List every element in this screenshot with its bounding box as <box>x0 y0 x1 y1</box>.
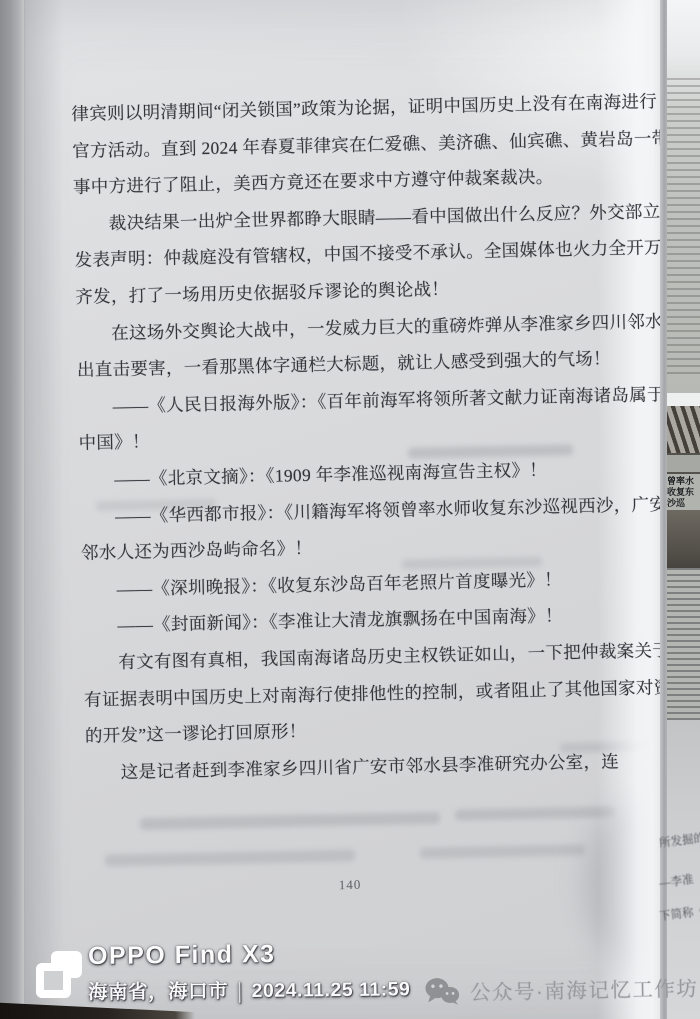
adjacent-microtext <box>667 78 700 378</box>
watermark-divider: | <box>237 978 243 1005</box>
newspaper-text-columns <box>667 568 700 720</box>
location-datetime-watermark: 海南省，海口市|2024.11.25 11:59 <box>88 973 411 1004</box>
newspaper-white-band <box>667 393 700 406</box>
newspaper-headline-line: 收复东沙巡 <box>667 487 700 509</box>
newspaper-masthead <box>667 406 700 453</box>
page-edge-shadow <box>24 0 68 1019</box>
wechat-account-watermark: 公众号·南海记忆工作坊 <box>424 972 699 1007</box>
datetime-text: 2024.11.25 11:59 <box>251 978 410 1002</box>
wechat-icon <box>424 976 461 1007</box>
newspaper-photo <box>667 510 700 568</box>
location-text: 海南省，海口市 <box>88 980 228 1003</box>
adjacent-page-top <box>667 0 700 393</box>
newspaper-headline-line: 曾率水 <box>667 476 700 487</box>
adjacent-page-strip: 曾率水 收复东沙巡 所发掘的 —李准 下简称《图 <box>667 0 700 1019</box>
page-stack-edge <box>0 0 26 1019</box>
device-watermark: OPPO Find X3 <box>88 940 276 971</box>
body-text: 律宾则以明清期间“闭关锁国”政策为论据，证明中国历史上没有在南海进行 官方活动。… <box>71 83 682 791</box>
oppo-watermark-icon <box>34 947 86 1001</box>
newspaper-header-bar <box>667 453 700 474</box>
newspaper-headline: 曾率水 收复东沙巡 <box>667 474 700 510</box>
wechat-account-text: 公众号·南海记忆工作坊 <box>470 972 699 1006</box>
page-crease <box>660 0 667 1019</box>
book-page-photo: 律宾则以明清期间“闭关锁国”政策为论据，证明中国历史上没有在南海进行 官方活动。… <box>0 0 700 1019</box>
page-number: 140 <box>326 877 374 894</box>
